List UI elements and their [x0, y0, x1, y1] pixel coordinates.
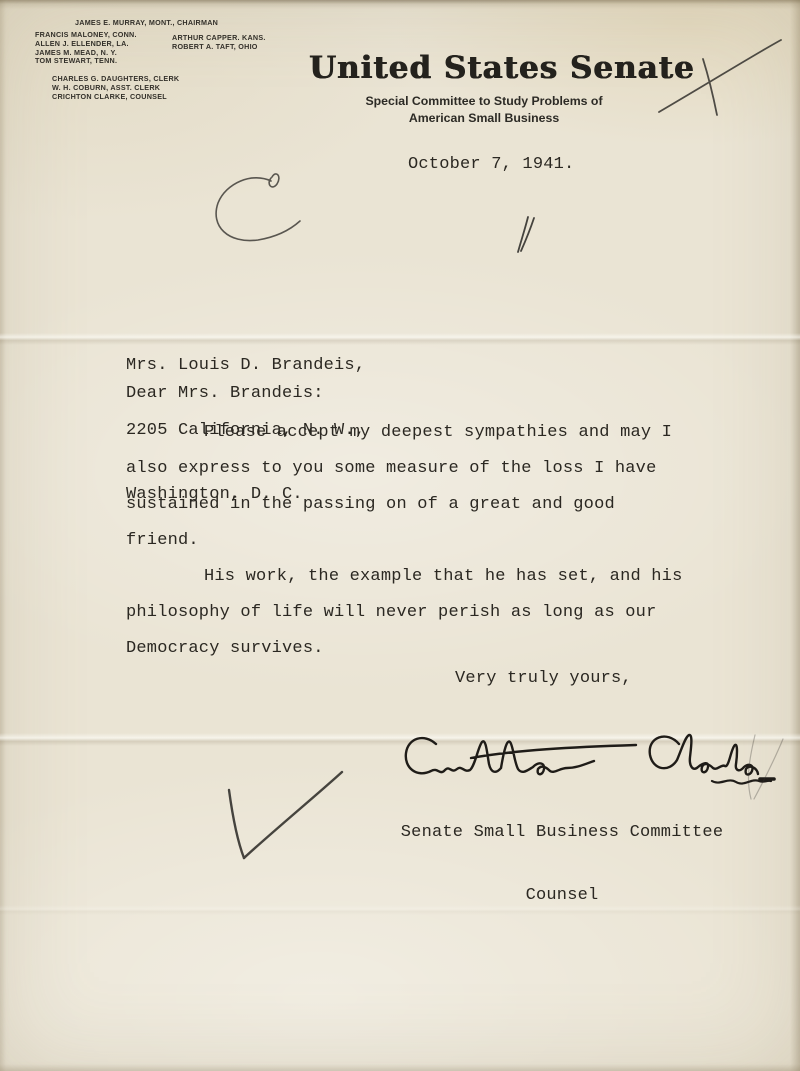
letterhead-member: TOM STEWART, TENN. [35, 57, 137, 66]
pencil-double-tick [518, 217, 534, 252]
pencil-check-mark [229, 772, 342, 858]
fold-crease-upper [0, 333, 800, 345]
salutation: Dear Mrs. Brandeis: [126, 384, 324, 403]
masthead: United States Senate Special Committee t… [309, 50, 659, 126]
letter-body: Please accept my deepest sympathies and … [126, 415, 686, 667]
committee-subtitle-line1: Special Committee to Study Problems of [309, 93, 659, 110]
letterhead-members-right: ARTHUR CAPPER. KANS. ROBERT A. TAFT, OHI… [172, 34, 266, 52]
letterhead-member: ROBERT A. TAFT, OHIO [172, 43, 266, 52]
committee-subtitle-line2: American Small Business [309, 110, 659, 127]
pencil-faint-curves [748, 735, 783, 799]
scanned-letter-page: JAMES E. MURRAY, MONT., CHAIRMAN FRANCIS… [0, 0, 800, 1071]
letterhead-staff: CHARLES G. DAUGHTERS, CLERK W. H. COBURN… [52, 75, 179, 101]
letterhead-staff-member: CRICHTON CLARKE, COUNSEL [52, 93, 179, 102]
recipient-name: Mrs. Louis D. Brandeis, [126, 355, 365, 377]
letterhead-members-left: FRANCIS MALONEY, CONN. ALLEN J. ELLENDER… [35, 31, 137, 66]
signer-title-committee: Senate Small Business Committee [394, 822, 730, 843]
body-paragraph-1: Please accept my deepest sympathies and … [126, 415, 686, 559]
senate-title: United States Senate [309, 50, 659, 86]
signer-title-block: Senate Small Business Committee Counsel [394, 780, 730, 948]
committee-subtitle: Special Committee to Study Problems of A… [309, 93, 659, 126]
signature-crichton-clarke [406, 735, 774, 784]
closing: Very truly yours, [455, 669, 632, 688]
fold-crease-lower [0, 733, 800, 746]
letterhead-chairman: JAMES E. MURRAY, MONT., CHAIRMAN [75, 19, 218, 28]
date-line: October 7, 1941. [408, 155, 574, 174]
body-paragraph-2: His work, the example that he has set, a… [126, 559, 686, 667]
signer-title-counsel: Counsel [394, 885, 730, 906]
pencil-c-scribble [216, 174, 300, 241]
